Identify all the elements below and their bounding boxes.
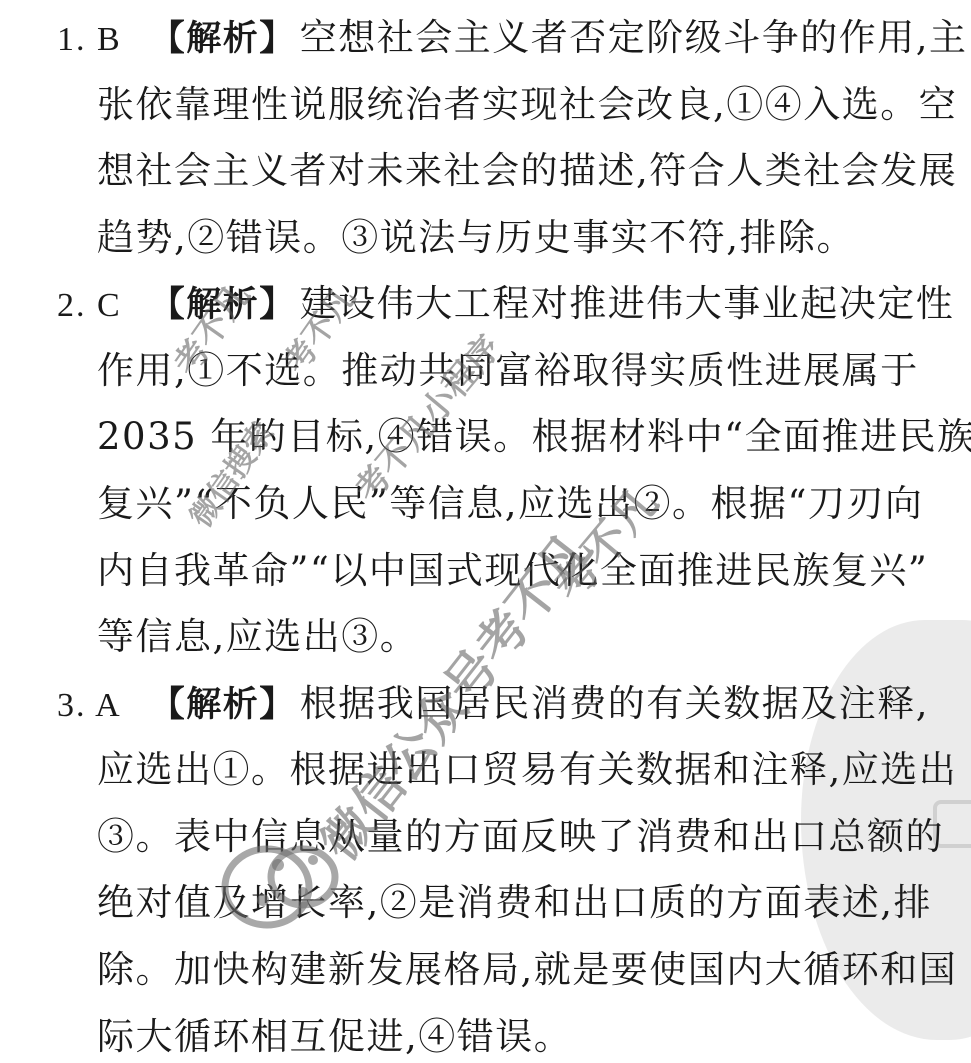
answer-2-line-6: 等信息,应选出③。 bbox=[97, 612, 418, 662]
answer-3-tag: 【解析】 bbox=[150, 685, 296, 725]
answer-1-line-1: 1. B【解析】空想社会主义者否定阶级斗争的作用,主 bbox=[57, 13, 967, 63]
answer-1-text: 空想社会主义者否定阶级斗争的作用,主 bbox=[300, 16, 968, 59]
answer-1-line-4: 趋势,②错误。③说法与历史事实不符,排除。 bbox=[97, 213, 855, 263]
answer-3-line-6: 际大循环相互促进,④错误。 bbox=[97, 1012, 572, 1062]
answer-2-number: 2. C bbox=[57, 287, 122, 324]
wechat-icon bbox=[215, 835, 345, 945]
answer-3-line-5: 除。加快构建新发展格局,就是要使国内大循环和国 bbox=[97, 945, 957, 995]
answer-3-line-2: 应选出①。根据进出口贸易有关数据和注释,应选出 bbox=[97, 745, 957, 795]
answer-page: 1. B【解析】空想社会主义者否定阶级斗争的作用,主 张依靠理性说服统治者实现社… bbox=[0, 0, 971, 1063]
answer-1-tag: 【解析】 bbox=[150, 19, 296, 59]
answer-1-line-2: 张依靠理性说服统治者实现社会改良,①④入选。空 bbox=[97, 80, 957, 130]
answer-3-number: 3. A bbox=[57, 687, 122, 724]
answer-2-text: 建设伟大工程对推进伟大事业起决定性 bbox=[300, 282, 955, 325]
answer-1-number: 1. B bbox=[57, 21, 122, 58]
answer-1-line-3: 想社会主义者对未来社会的描述,符合人类社会发展 bbox=[97, 146, 957, 196]
